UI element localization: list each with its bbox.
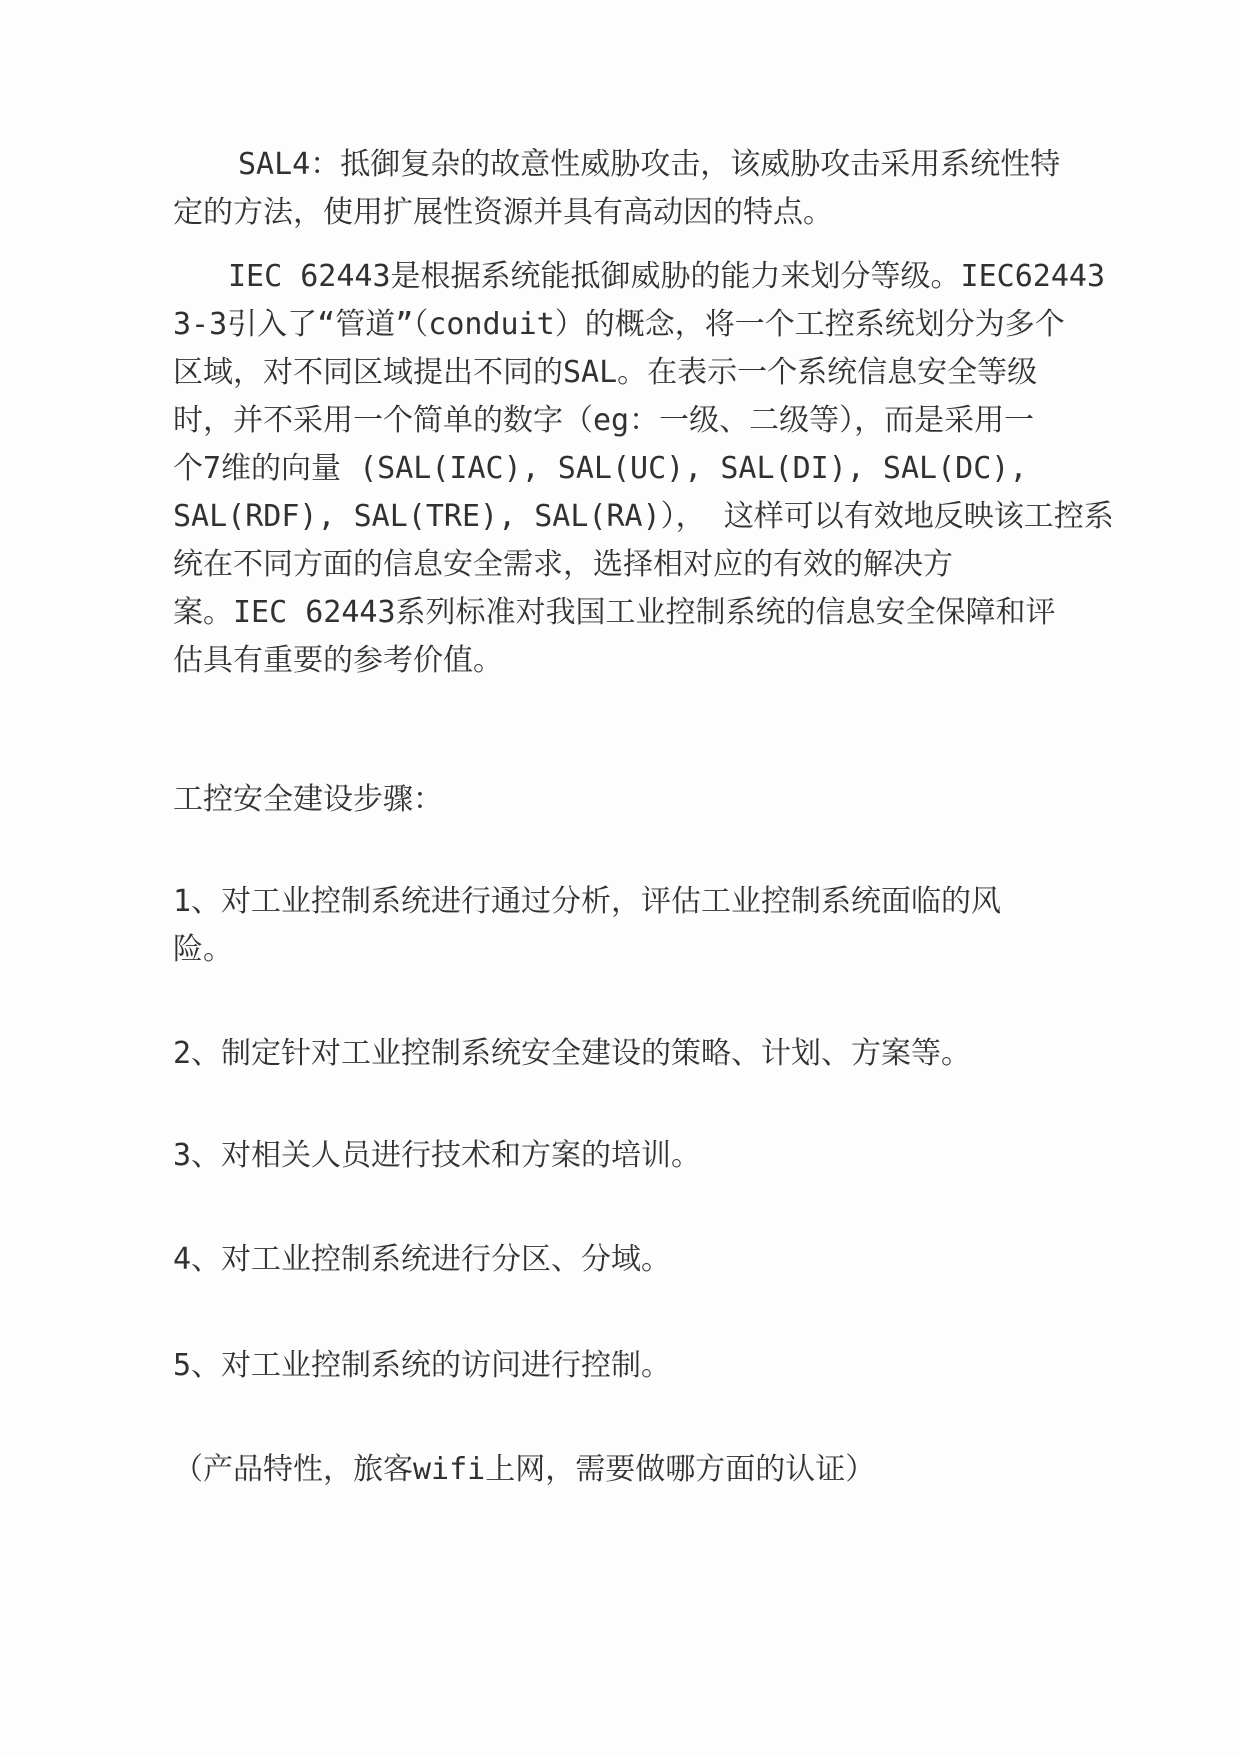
note-parenthetical: （产品特性，旅客wifi上网，需要做哪方面的认证） xyxy=(173,1446,1073,1494)
list-item-5: 5、对工业控制系统的访问进行控制。 xyxy=(173,1342,1073,1390)
text-line: 1、对工业控制系统进行通过分析，评估工业控制系统面临的风 xyxy=(173,878,1073,926)
text-line: （产品特性，旅客wifi上网，需要做哪方面的认证） xyxy=(173,1446,1073,1494)
text-line: 个7维的向量 (SAL(IAC), SAL(UC), SAL(DI), SAL(… xyxy=(173,445,1073,493)
list-item-4: 4、对工业控制系统进行分区、分域。 xyxy=(173,1236,1073,1284)
text-line: 区域，对不同区域提出不同的SAL。在表示一个系统信息安全等级 xyxy=(173,349,1073,397)
paragraph-iec62443-levels: IEC 62443是根据系统能抵御威胁的能力来划分等级。IEC62443 3-3… xyxy=(173,253,1073,685)
text-line: 案。IEC 62443系列标准对我国工业控制系统的信息安全保障和评 xyxy=(173,589,1073,637)
text-line: 定的方法，使用扩展性资源并具有高动因的特点。 xyxy=(173,189,1073,237)
text-line: SAL4：抵御复杂的故意性威胁攻击，该威胁攻击采用系统性特 xyxy=(173,141,1073,189)
paragraph-sal4-definition: SAL4：抵御复杂的故意性威胁攻击，该威胁攻击采用系统性特 定的方法，使用扩展性… xyxy=(173,141,1073,237)
list-item-1: 1、对工业控制系统进行通过分析，评估工业控制系统面临的风 险。 xyxy=(173,878,1073,974)
text-line: SAL(RDF), SAL(TRE), SAL(RA)）， 这样可以有效地反映该… xyxy=(173,493,1073,541)
text-line: 险。 xyxy=(173,926,1073,974)
text-line: IEC 62443是根据系统能抵御威胁的能力来划分等级。IEC62443 xyxy=(173,253,1073,301)
document-page: SAL4：抵御复杂的故意性威胁攻击，该威胁攻击采用系统性特 定的方法，使用扩展性… xyxy=(0,0,1241,1754)
text-line: 估具有重要的参考价值。 xyxy=(173,637,1073,685)
text-line: 5、对工业控制系统的访问进行控制。 xyxy=(173,1342,1073,1390)
text-line: 3、对相关人员进行技术和方案的培训。 xyxy=(173,1132,1073,1180)
text-line: 时，并不采用一个简单的数字（eg：一级、二级等），而是采用一 xyxy=(173,397,1073,445)
text-line: 统在不同方面的信息安全需求，选择相对应的有效的解决方 xyxy=(173,541,1073,589)
heading-construction-steps: 工控安全建设步骤： xyxy=(173,776,1073,824)
list-item-2: 2、制定针对工业控制系统安全建设的策略、计划、方案等。 xyxy=(173,1030,1073,1078)
list-item-3: 3、对相关人员进行技术和方案的培训。 xyxy=(173,1132,1073,1180)
text-line: 4、对工业控制系统进行分区、分域。 xyxy=(173,1236,1073,1284)
text-line: 2、制定针对工业控制系统安全建设的策略、计划、方案等。 xyxy=(173,1030,1073,1078)
heading-text: 工控安全建设步骤： xyxy=(173,776,1073,824)
text-line: 3-3引入了“管道”（conduit）的概念，将一个工控系统划分为多个 xyxy=(173,301,1073,349)
